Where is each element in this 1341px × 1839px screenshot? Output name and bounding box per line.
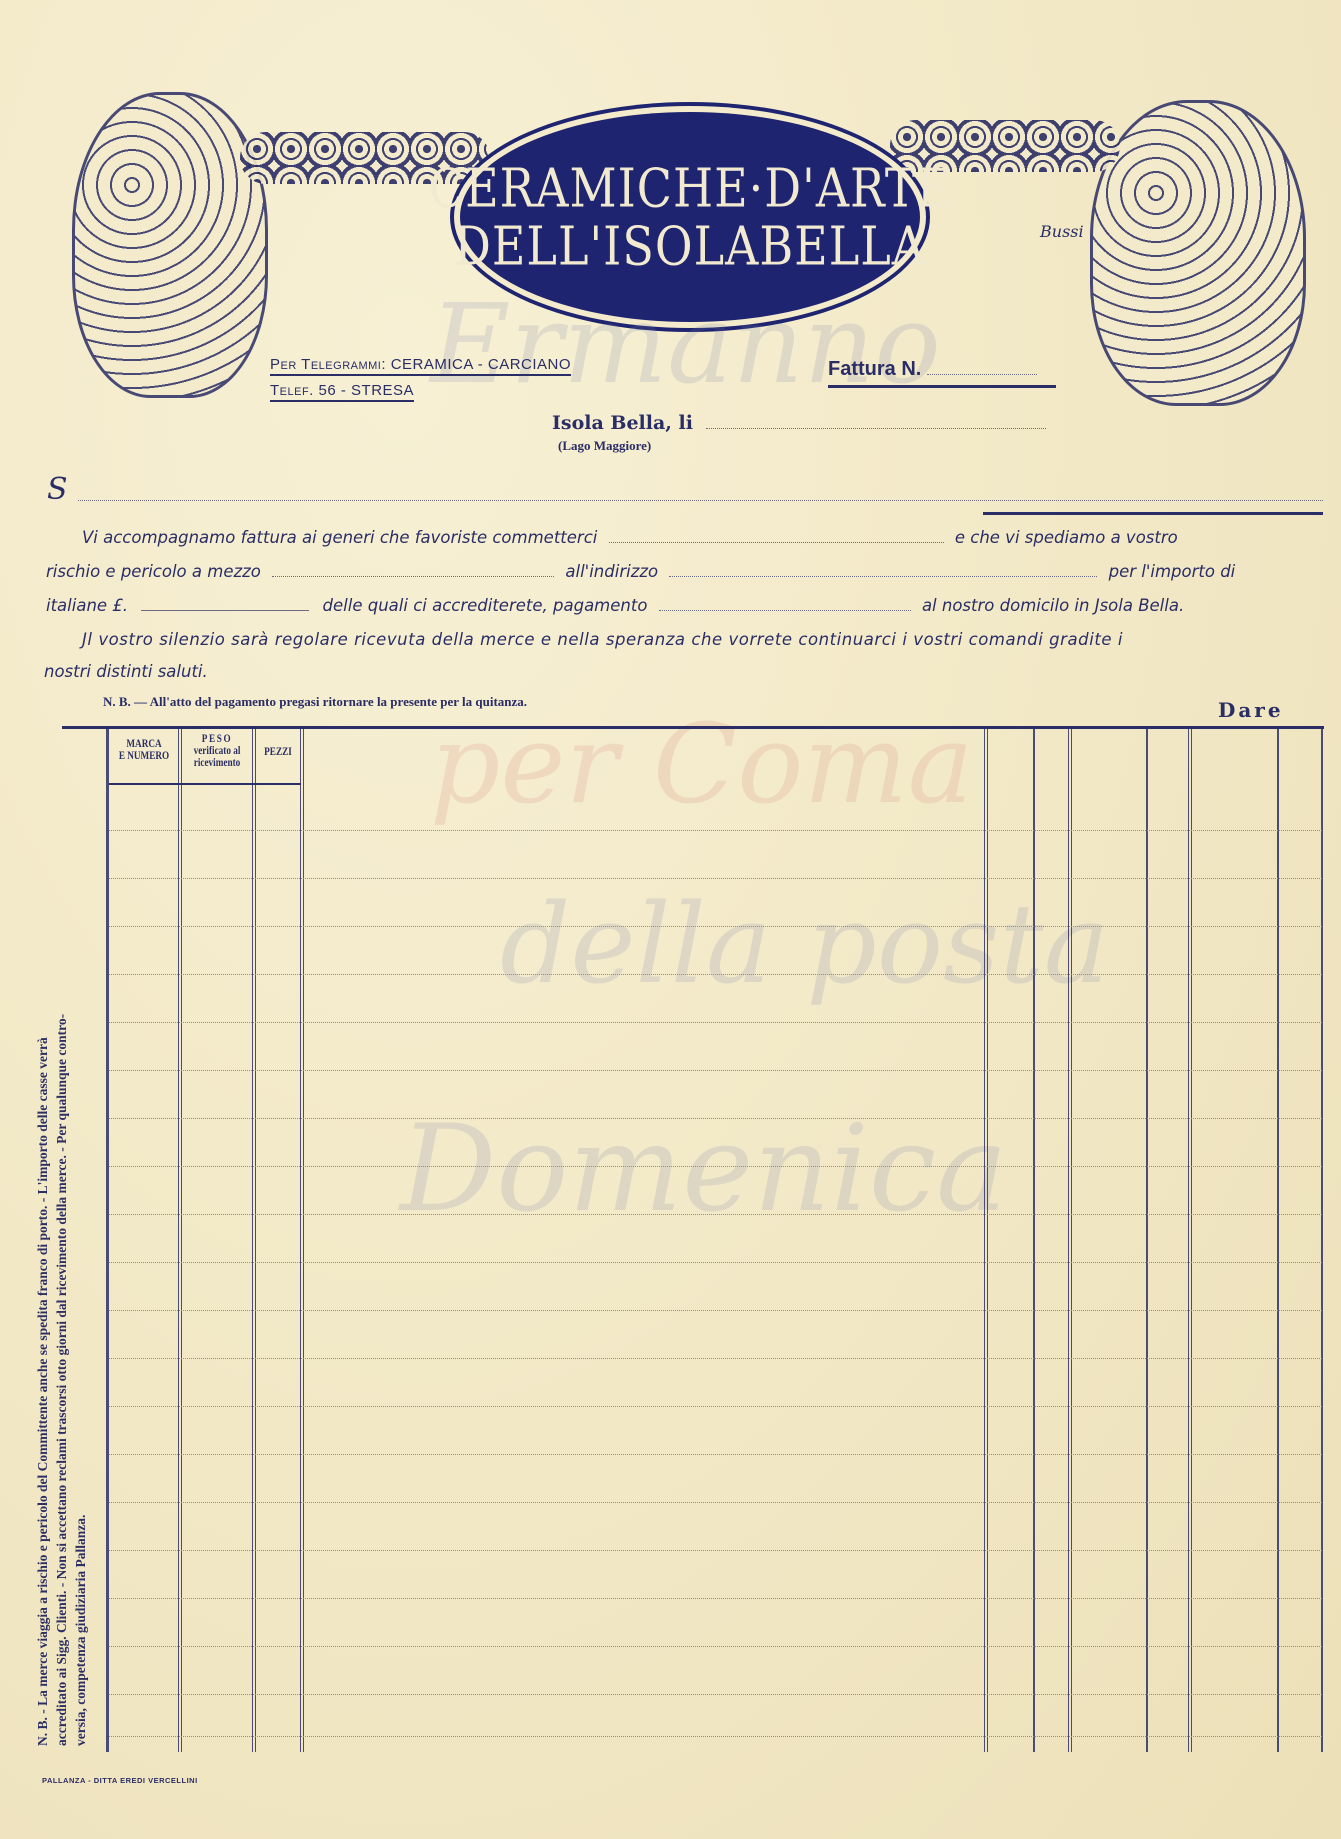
text-segment: rischio e pericolo a mezzo [46,562,261,581]
ghost-text: della posta [500,880,1109,1008]
table-row[interactable] [109,1118,1322,1119]
body-line-2: rischio e pericolo a mezzo all'indirizzo… [46,562,1235,581]
text-segment: e che vi spediamo a vostro [955,528,1178,547]
body-line-4: Jl vostro silenzio sarà regolare ricevut… [82,630,1123,649]
cherub-left-illustration [72,92,268,398]
column-header-peso: PESO verificato al ricevimento [187,733,246,769]
payment-note: N. B. — All'atto del pagamento pregasi r… [103,694,527,710]
table-row[interactable] [109,1454,1322,1455]
cherub-right-illustration [1090,100,1306,406]
table-row[interactable] [109,1502,1322,1503]
table-row[interactable] [109,1022,1322,1023]
terms-side-note: N. B. - La merce viaggia a rischio e per… [33,726,90,1746]
table-row[interactable] [109,1736,1322,1737]
text-segment: per l'importo di [1109,562,1236,581]
body-line-3: italiane £. delle quali ci accrediterete… [46,596,1184,615]
table-row[interactable] [109,1694,1322,1695]
amount-field[interactable] [141,610,309,611]
body-line-1: Vi accompagnamo fattura ai generi che fa… [82,528,1178,547]
printer-imprint: PALLANZA - DITTA EREDI VERCELLINI [42,1776,198,1785]
text-segment: delle quali ci accrediterete, pagamento [323,596,648,615]
table-row[interactable] [109,1262,1322,1263]
column-header-pezzi: PEZZI [259,746,297,758]
table-row[interactable] [109,1550,1322,1551]
table-row[interactable] [109,1070,1322,1071]
telegram-address: Per Telegrammi: CERAMICA - CARCIANO [270,356,571,376]
text-segment: all'indirizzo [565,562,658,581]
artist-signature: Bussi [1040,222,1084,241]
dare-label: Dare [1218,698,1284,722]
text-segment: al nostro domicilo in Jsola Bella. [922,596,1184,615]
column-header-marca: MARCA E NUMERO [115,738,173,762]
terms-line: N. B. - La merce viaggia a rischio e per… [33,726,52,1746]
table-row[interactable] [109,1646,1322,1647]
header-line: PESO [187,733,246,745]
address-field[interactable] [669,576,1097,577]
table-row[interactable] [109,926,1322,927]
header-line: PEZZI [259,746,297,758]
body-line-5: nostri distinti saluti. [44,662,208,681]
table-row[interactable] [109,830,1322,831]
place-date-field[interactable]: Isola Bella, li [552,412,1046,434]
text-segment: italiane £. [46,596,128,615]
table-row[interactable] [109,878,1322,879]
table-row[interactable] [109,1406,1322,1407]
header-bottom-rule [109,783,301,785]
table-row[interactable] [109,1310,1322,1311]
date-value[interactable] [706,428,1046,429]
company-name-line1: CERAMICHE·D'ARTE [429,155,951,222]
invoice-number-field[interactable]: Fattura N. [828,358,1056,388]
invoice-number-label: Fattura N. [828,358,921,380]
table-row[interactable] [109,1166,1322,1167]
header-line: MARCA [115,738,173,750]
place-date-label: Isola Bella, li [552,412,693,434]
header-line: E NUMERO [115,750,173,762]
terms-line: accreditato ai Sigg. Clienti. - Non si a… [52,726,71,1746]
phone-number: Telef. 56 - STRESA [270,382,414,402]
table-row[interactable] [109,1358,1322,1359]
addressee-rule [983,512,1323,515]
addressee-prefix: S [47,472,68,507]
header-line: verificato al [187,745,246,757]
location-subtitle: (Lago Maggiore) [558,438,651,454]
payment-field[interactable] [659,610,911,611]
text-segment: Vi accompagnamo fattura ai generi che fa… [82,528,597,547]
table-row[interactable] [109,1214,1322,1215]
table-row[interactable] [109,1598,1322,1599]
addressee-field[interactable] [78,500,1323,501]
terms-line: versia, competenza giudiziaria Pallanza. [71,726,90,1746]
header-line: ricevimento [187,757,246,769]
goods-field[interactable] [609,542,944,543]
invoice-number-value[interactable] [927,374,1037,375]
carrier-field[interactable] [272,576,554,577]
ghost-text: Ermanno [430,280,941,408]
ghost-text: Domenica [400,1100,1008,1239]
ghost-text: per Coma [430,700,973,828]
company-name-line2: DELL'ISOLABELLA [454,213,926,280]
table-row[interactable] [109,974,1322,975]
